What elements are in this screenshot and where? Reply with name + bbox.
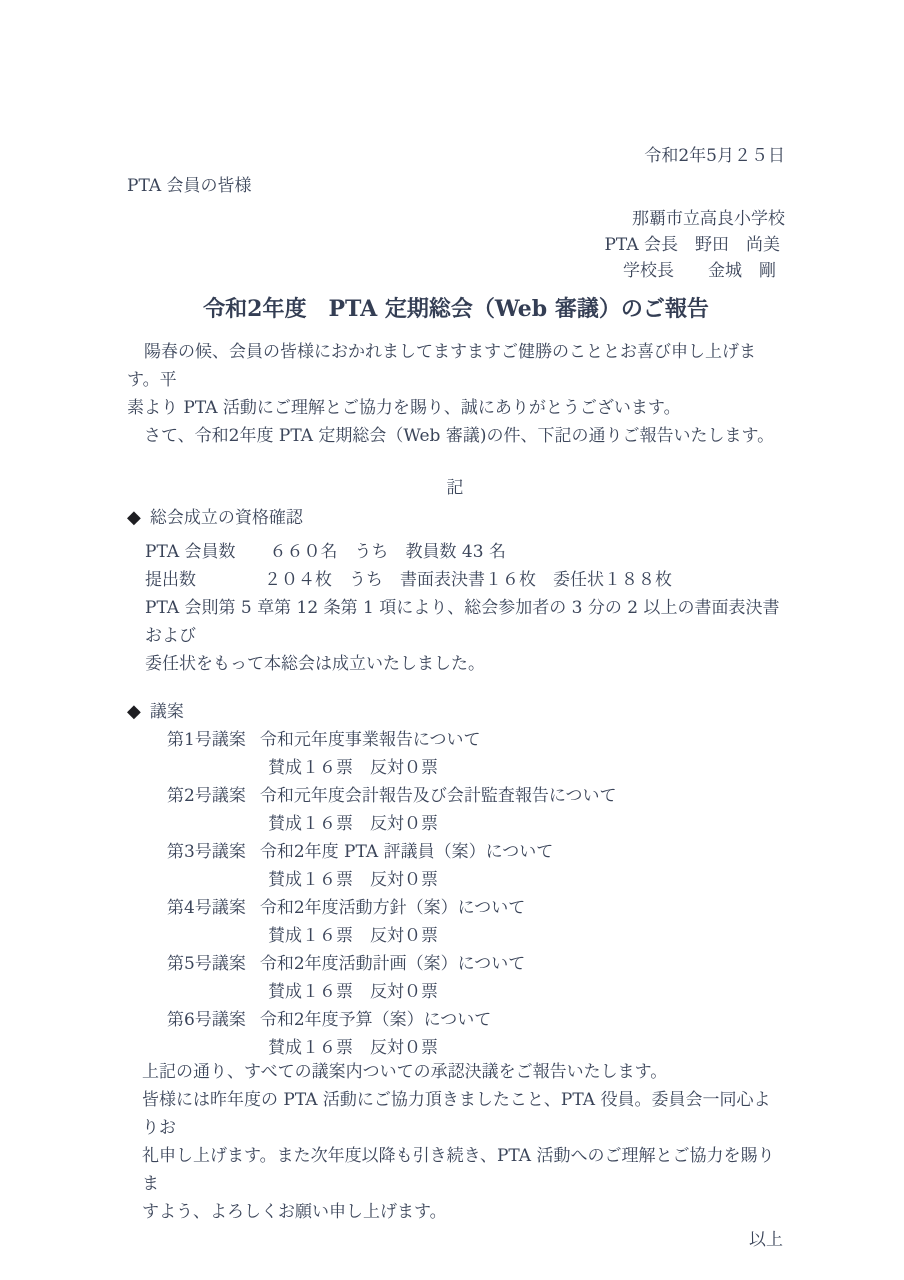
sender-pta-chair: PTA 会長 野田 尚美 [127,232,785,258]
agenda-heading-label: 議案 [150,702,184,722]
agenda-item-title: 令和元年度事業報告について [260,730,481,750]
diamond-bullet-icon: ◆ [127,701,141,722]
document-title: 令和2年度 PTA 定期総会（Web 審議）のご報告 [127,292,785,326]
agenda-item-title: 令和2年度 PTA 評議員（案）について [260,842,553,862]
agenda-item-title: 令和2年度予算（案）について [260,1010,491,1030]
agenda-item-no: 第1号議案 [167,730,246,750]
end-marker: 以上 [127,1226,785,1254]
agenda-item-no: 第2号議案 [167,786,246,806]
agenda-item-line: 第5号議案令和2年度活動計画（案）について [167,950,785,978]
section-agenda: ◆議案 第1号議案令和元年度事業報告について 賛成１６票 反対０票 第2号議案令… [127,698,785,1062]
eligibility-heading: ◆総会成立の資格確認 [127,504,785,532]
agenda-item-line: 第6号議案令和2年度予算（案）について [167,1006,785,1034]
agenda-item-result: 賛成１６票 反対０票 [167,754,785,782]
document-date: 令和2年5月２５日 [127,142,785,170]
closing-line: すよう、よろしくお願い申し上げます。 [142,1198,785,1226]
agenda-items: 第1号議案令和元年度事業報告について 賛成１６票 反対０票 第2号議案令和元年度… [127,726,785,1062]
document-page: 令和2年5月２５日 PTA 会員の皆様 那覇市立高良小学校 PTA 会長 野田 … [0,0,904,1280]
intro-paragraph: 陽春の候、会員の皆様におかれましてますますご健勝のこととお喜び申し上げます。平 … [127,338,785,450]
intro-line: 素より PTA 活動にご理解とご協力を賜り、誠にありがとうございます。 [127,394,785,422]
agenda-item-no: 第3号議案 [167,842,246,862]
agenda-item-line: 第4号議案令和2年度活動方針（案）について [167,894,785,922]
agenda-item-result: 賛成１６票 反対０票 [167,922,785,950]
sender-block: 那覇市立高良小学校 PTA 会長 野田 尚美 学校長 金城 剛 [127,206,785,284]
agenda-item-no: 第5号議案 [167,954,246,974]
eligibility-body: PTA 会員数 ６６０名 うち 教員数 43 名 提出数 ２０４枚 うち 書面表… [127,538,785,678]
membership-count-line: PTA 会員数 ６６０名 うち 教員数 43 名 [145,538,785,566]
closing-line: 礼申し上げます。また次年度以降も引き続き、PTA 活動へのご理解とご協力を賜りま [142,1142,785,1198]
record-marker: 記 [127,474,785,502]
rule-line: 委任状をもって本総会は成立いたしました。 [145,650,785,678]
sender-school: 那覇市立高良小学校 [127,206,785,232]
intro-line: さて、令和2年度 PTA 定期総会（Web 審議)の件、下記の通りご報告いたしま… [127,422,785,450]
agenda-item-result: 賛成１６票 反対０票 [167,866,785,894]
agenda-item-line: 第1号議案令和元年度事業報告について [167,726,785,754]
agenda-item-no: 第4号議案 [167,898,246,918]
closing-line: 皆様には昨年度の PTA 活動にご協力頂きましたこと、PTA 役員。委員会一同心… [142,1086,785,1142]
agenda-item-title: 令和2年度活動方針（案）について [260,898,525,918]
agenda-item-no: 第6号議案 [167,1010,246,1030]
agenda-item: 第3号議案令和2年度 PTA 評議員（案）について 賛成１６票 反対０票 [167,838,785,894]
agenda-item-title: 令和2年度活動計画（案）について [260,954,525,974]
closing-paragraph: 上記の通り、すべての議案内ついての承認決議をご報告いたします。 皆様には昨年度の… [127,1058,785,1226]
addressee: PTA 会員の皆様 [127,172,785,200]
closing-line: 上記の通り、すべての議案内ついての承認決議をご報告いたします。 [142,1058,785,1086]
agenda-item: 第2号議案令和元年度会計報告及び会計監査報告について 賛成１６票 反対０票 [167,782,785,838]
section-eligibility: ◆総会成立の資格確認 PTA 会員数 ６６０名 うち 教員数 43 名 提出数 … [127,504,785,678]
agenda-item-result: 賛成１６票 反対０票 [167,810,785,838]
agenda-item-result: 賛成１６票 反対０票 [167,978,785,1006]
submission-count-line: 提出数 ２０４枚 うち 書面表決書１６枚 委任状１８８枚 [145,566,785,594]
agenda-item-line: 第3号議案令和2年度 PTA 評議員（案）について [167,838,785,866]
agenda-item-line: 第2号議案令和元年度会計報告及び会計監査報告について [167,782,785,810]
agenda-item: 第4号議案令和2年度活動方針（案）について 賛成１６票 反対０票 [167,894,785,950]
eligibility-heading-label: 総会成立の資格確認 [150,508,303,528]
rule-line: PTA 会則第 5 章第 12 条第 1 項により、総会参加者の 3 分の 2 … [145,594,785,650]
agenda-item: 第1号議案令和元年度事業報告について 賛成１６票 反対０票 [167,726,785,782]
agenda-item-title: 令和元年度会計報告及び会計監査報告について [260,786,617,806]
agenda-heading: ◆議案 [127,698,785,726]
intro-line: 陽春の候、会員の皆様におかれましてますますご健勝のこととお喜び申し上げます。平 [127,338,785,394]
diamond-bullet-icon: ◆ [127,507,141,528]
agenda-item: 第6号議案令和2年度予算（案）について 賛成１６票 反対０票 [167,1006,785,1062]
agenda-item: 第5号議案令和2年度活動計画（案）について 賛成１６票 反対０票 [167,950,785,1006]
sender-principal: 学校長 金城 剛 [127,258,785,284]
